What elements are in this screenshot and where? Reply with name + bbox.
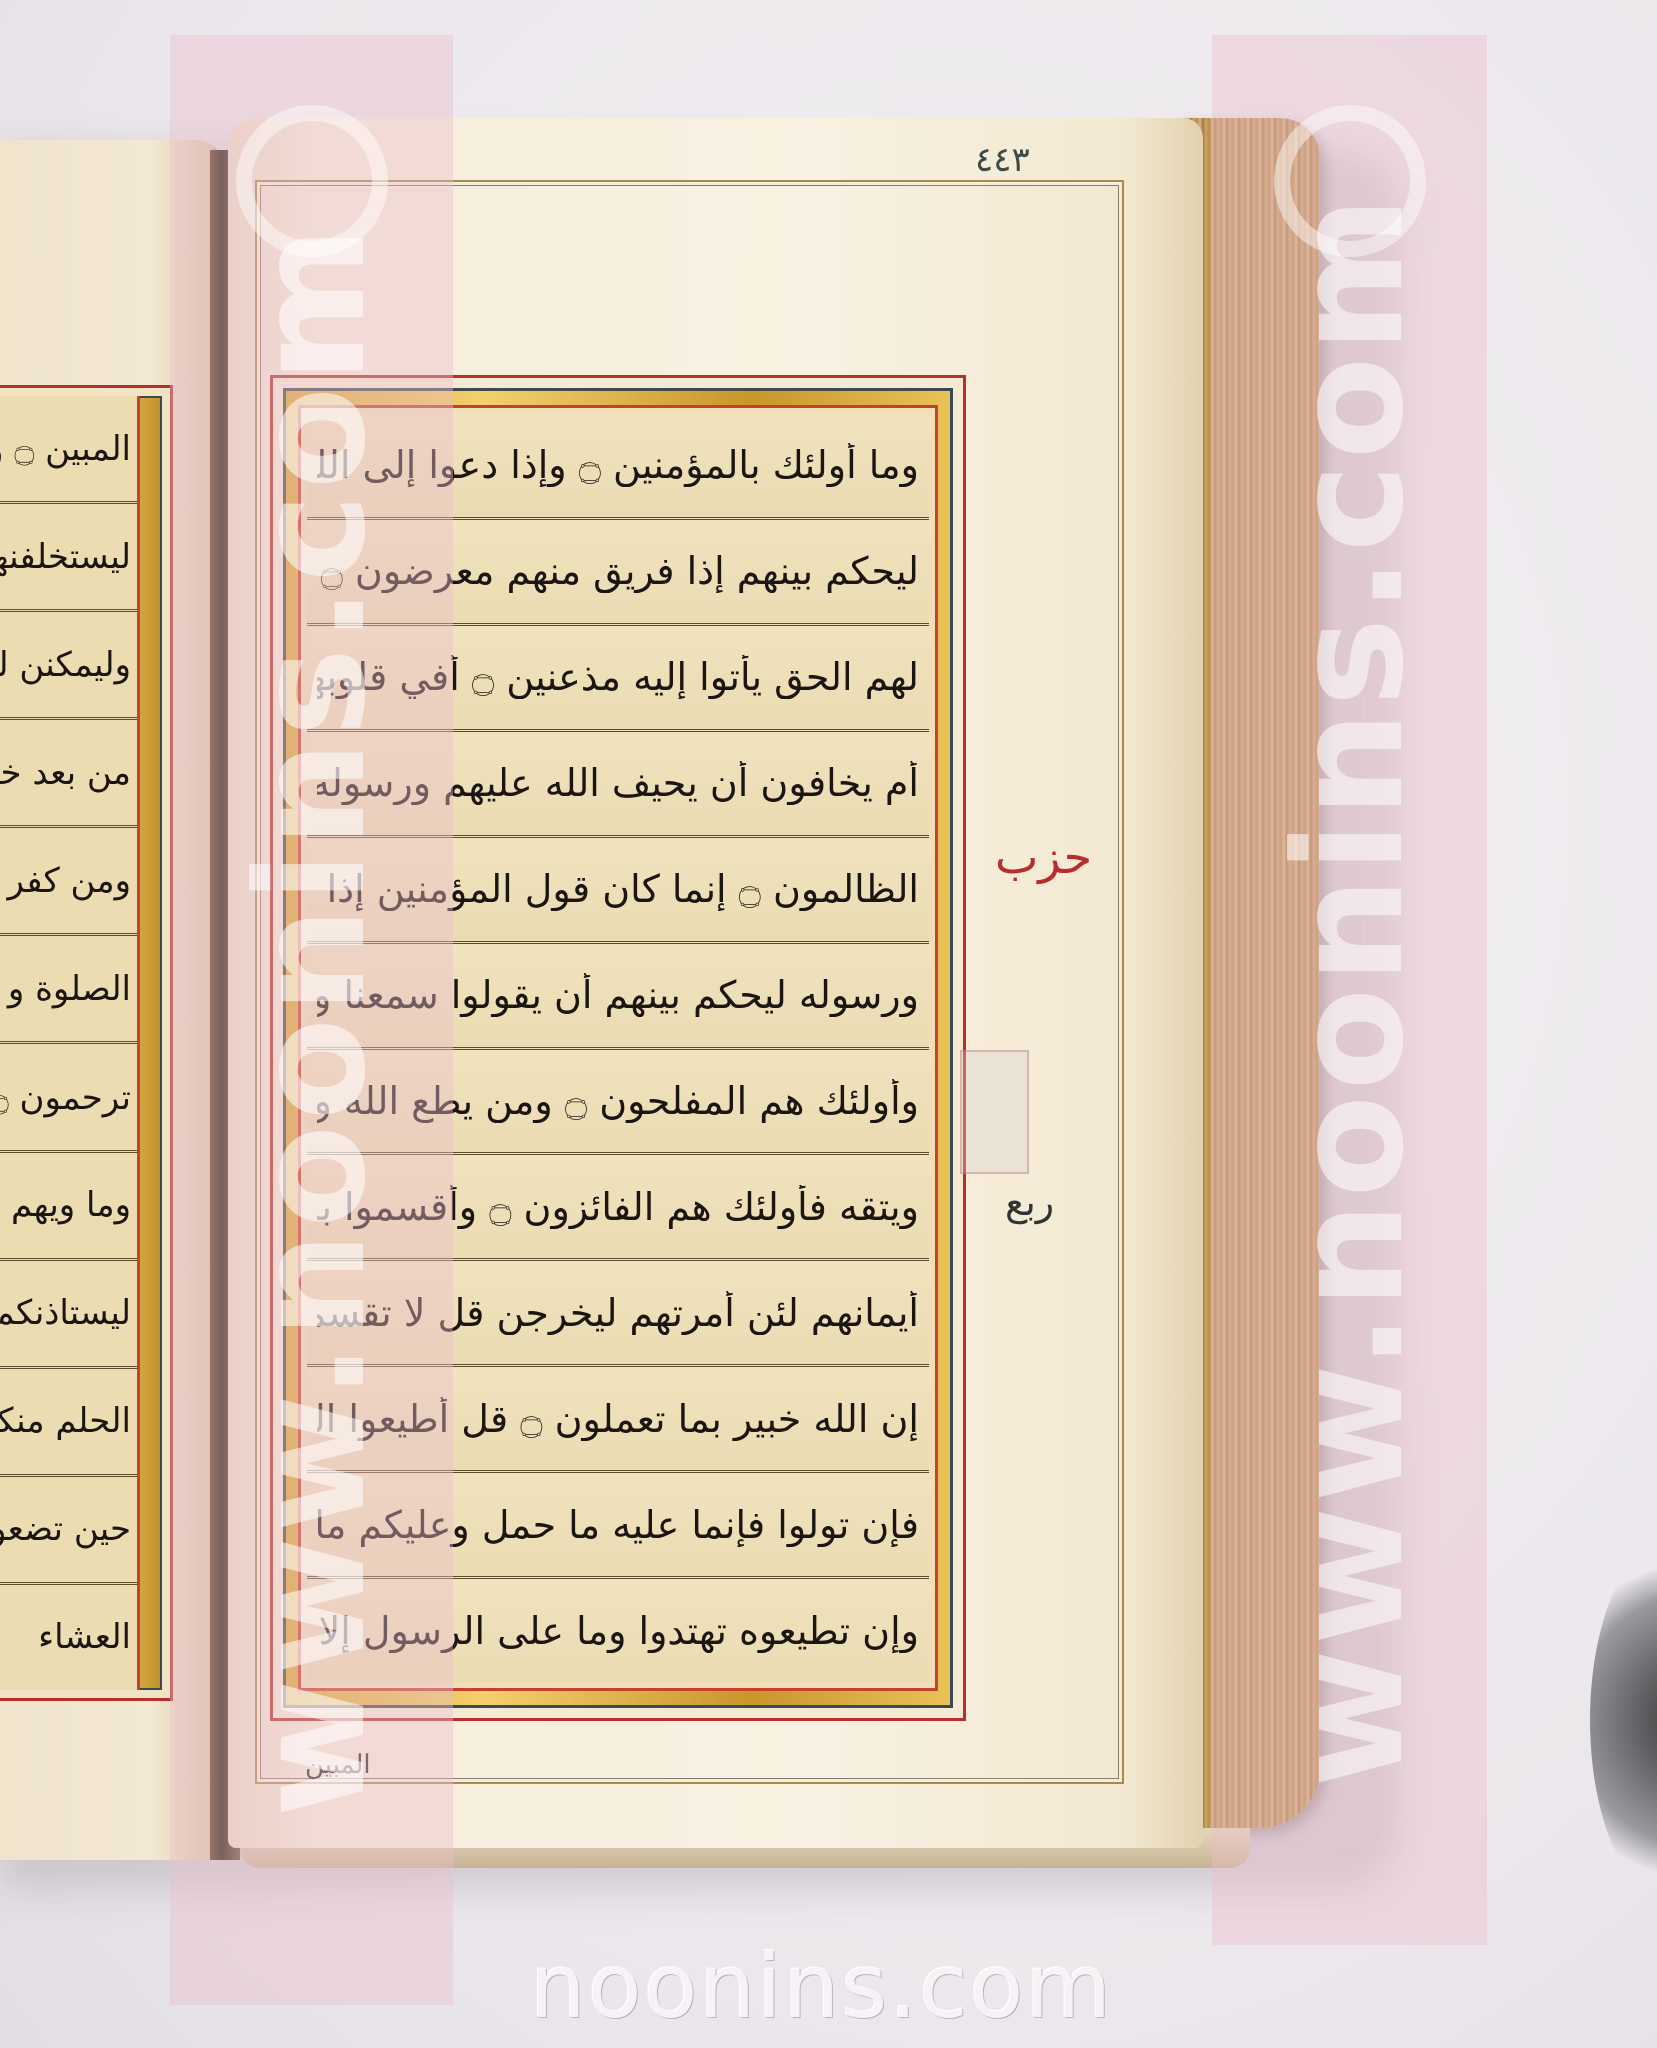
left-line-text: الحلم منكم [0,1401,131,1441]
left-line-text: العشاء [38,1617,131,1657]
left-line: من بعد خوفهم [0,720,137,828]
left-line-text: ليستاذنكم [0,1293,131,1333]
left-line-text: ومن كفر بعد [0,861,131,901]
left-line-text: حين تضعون [0,1509,131,1549]
paper-stain-patch [960,1050,1029,1174]
left-line-text: ترحمون ۝ [0,1077,131,1118]
watermark-vertical-text: www.noonins.com [225,222,399,1818]
left-line-text: ليستخلفنهم [0,537,131,577]
left-line: الحلم منكم [0,1369,137,1477]
left-line: ترحمون ۝ [0,1044,137,1152]
left-line-text: الصلوة و [8,969,131,1009]
left-line: المبين ۝ و [0,396,137,504]
left-line-text: وما ويهم [11,1185,131,1225]
left-line-text: من بعد خوفهم [0,753,131,793]
left-line: ومن كفر بعد [0,828,137,936]
margin-note-hizb: حزب [995,830,1092,884]
left-line-text: وليمكنن لهم [0,645,131,685]
left-page-text-panel: المبين ۝ و ليستخلفنهم وليمكنن لهم من بعد… [0,385,173,1701]
page-number: ٤٤٣ [975,140,1030,180]
watermark-bottom-text: noonins.com [530,1935,1113,2038]
margin-note-rub: ربع [1005,1180,1054,1224]
watermark-band-right: www.noonins.com [1212,35,1487,1945]
left-line: ليستخلفنهم [0,504,137,612]
left-line: ليستاذنكم [0,1261,137,1369]
left-line-text: المبين ۝ و [0,428,131,469]
left-line: حين تضعون [0,1477,137,1585]
left-line: الصلوة و [0,936,137,1044]
watermark-band-left: www.noonins.com [170,35,453,2005]
left-line: وما ويهم [0,1153,137,1261]
left-line: وليمكنن لهم [0,612,137,720]
left-line: العشاء [0,1585,137,1690]
left-page-text-lines: المبين ۝ و ليستخلفنهم وليمكنن لهم من بعد… [0,396,140,1690]
watermark-vertical-text: www.noonins.com [1263,192,1437,1788]
